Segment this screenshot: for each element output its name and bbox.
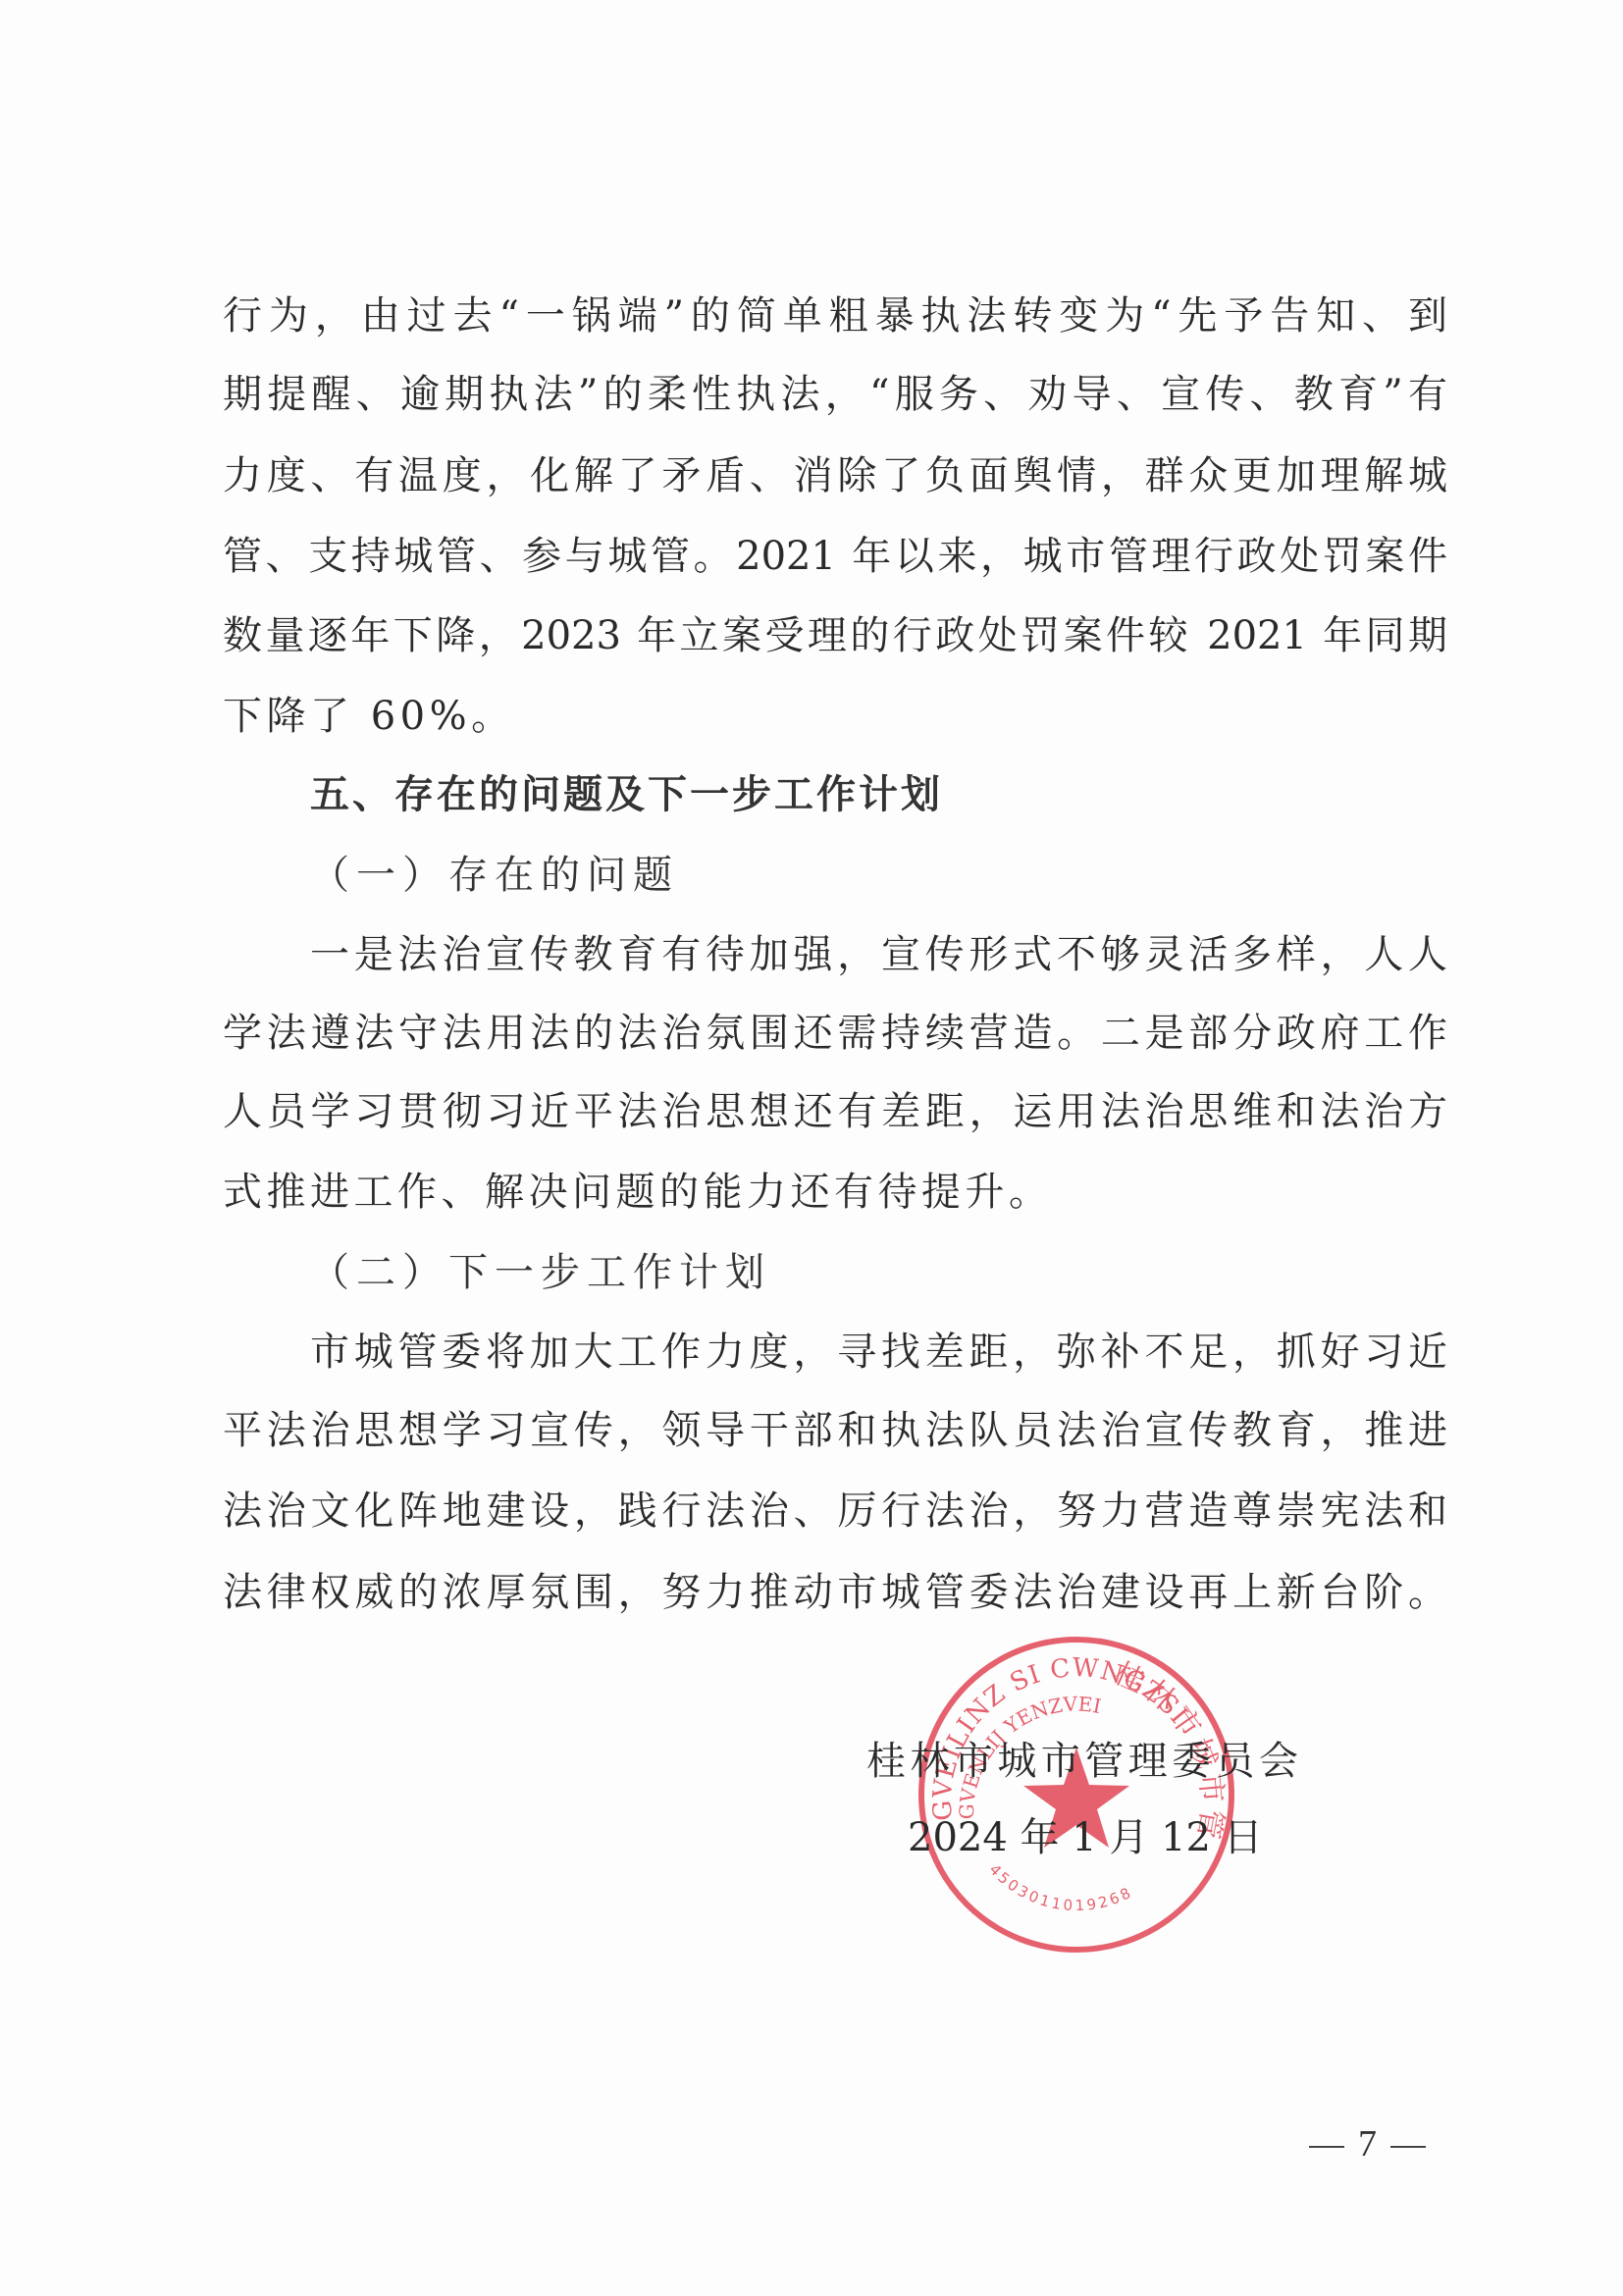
signature-date: 2024 年 1 月 12 日 [908,1808,1236,1867]
paragraph-line: 力度、有温度，化解了矛盾、消除了负面舆情，群众更加理解城 [223,446,1447,505]
subsection-heading: （一）存在的问题 [310,846,1447,905]
official-seal: GVEILINZ SI CWNGZSI GVENLIJ YENZVEI 桂林市城… [915,1633,1238,1957]
paragraph-line: 期提醒、逾期执法”的柔性执法，“服务、劝导、宣传、教育”有 [223,365,1447,424]
dash-left [1309,2146,1344,2148]
paragraph-line: 管、支持城管、参与城管。2021 年以来，城市管理行政处罚案件 [223,527,1447,586]
page-number-value: 7 [1358,2123,1377,2165]
paragraph-line: 数量逐年下降，2023 年立案受理的行政处罚案件较 2021 年同期 [223,606,1447,665]
paragraph-line: 下降了 60%。 [223,687,1447,746]
paragraph-line: 法律权威的浓厚氛围，努力推动市城管委法治建设再上新台阶。 [223,1563,1447,1622]
section-heading: 五、存在的问题及下一步工作计划 [310,765,1447,824]
dash-right [1390,2146,1426,2148]
paragraph-line: 市城管委将加大工作力度，寻找差距，弥补不足，抓好习近 [310,1323,1447,1382]
paragraph-line: 行为，由过去“一锅端”的简单粗暴执法转变为“先予告知、到 [223,287,1447,345]
paragraph-line: 学法遵法守法用法的法治氛围还需持续营造。二是部分政府工作 [223,1004,1447,1063]
paragraph-line: 一是法治宣传教育有待加强，宣传形式不够灵活多样，人人 [310,925,1447,984]
page-number: 7 [1295,2119,1440,2168]
subsection-heading: （二）下一步工作计划 [310,1243,1447,1302]
paragraph-line: 式推进工作、解决问题的能力还有待提升。 [223,1163,1447,1222]
paragraph-line: 法治文化阵地建设，践行法治、厉行法治，努力营造尊崇宪法和 [223,1482,1447,1540]
paragraph-line: 人员学习贯彻习近平法治思想还有差距，运用法治思维和法治方 [223,1082,1447,1141]
paragraph-line: 平法治思想学习宣传，领导干部和执法队员法治宣传教育，推进 [223,1401,1447,1460]
signature-organization: 桂林市城市管理委员会 [866,1732,1298,1791]
document-page: 行为，由过去“一锅端”的简单粗暴执法转变为“先予告知、到 期提醒、逾期执法”的柔… [0,0,1623,2296]
svg-text:4503011019268: 4503011019268 [985,1860,1135,1914]
